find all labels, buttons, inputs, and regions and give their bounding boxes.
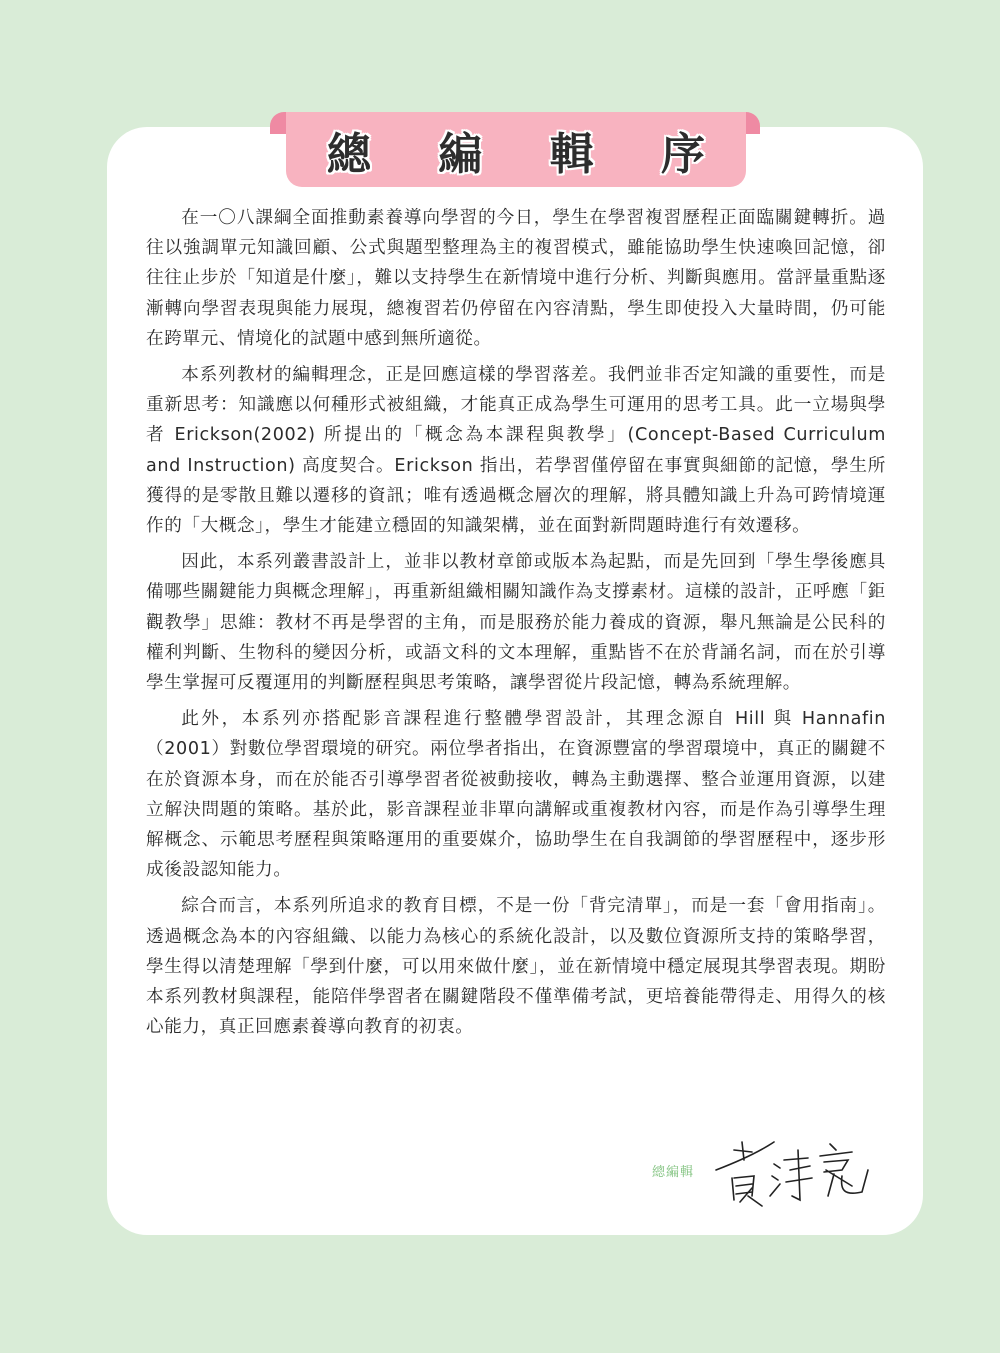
signature-block: 總編輯 [652, 1130, 882, 1210]
paragraph-5: 綜合而言，本系列所追求的教育目標，不是一份「背完清單」，而是一套「會用指南」。透… [146, 891, 886, 1042]
page-title: 總 編 輯 序 [301, 118, 731, 182]
paragraph-1: 在一〇八課綱全面推動素養導向學習的今日，學生在學習複習歷程正面臨關鍵轉折。過往以… [146, 203, 886, 354]
signature-label: 總編輯 [652, 1161, 694, 1180]
paragraph-2: 本系列教材的編輯理念，正是回應這樣的學習落差。我們並非否定知識的重要性，而是重新… [146, 360, 886, 541]
paragraph-4: 此外，本系列亦搭配影音課程進行整體學習設計，其理念源自 Hill 與 Hanna… [146, 704, 886, 885]
preface-body: 在一〇八課綱全面推動素養導向學習的今日，學生在學習複習歷程正面臨關鍵轉折。過往以… [146, 203, 886, 1048]
title-banner: 總 編 輯 序 [286, 112, 746, 187]
handwritten-signature-icon [712, 1130, 882, 1210]
paragraph-3: 因此，本系列叢書設計上，並非以教材章節或版本為起點，而是先回到「學生學後應具備哪… [146, 547, 886, 698]
